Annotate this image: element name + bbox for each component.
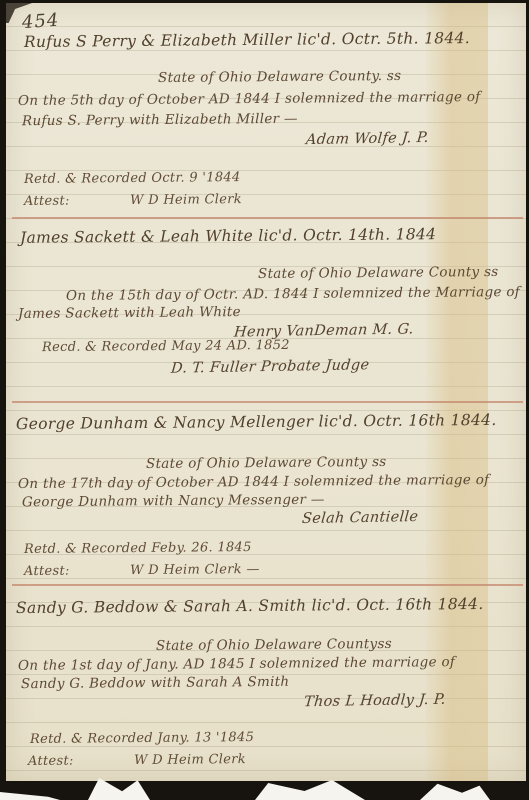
page-number: 454 — [21, 10, 60, 34]
record-2-recorded-line: Recd. & Recorded May 24 AD. 1852 — [42, 338, 290, 355]
record-3-solemnized-line: On the 17th day of October AD 1844 I sol… — [18, 472, 490, 492]
record-1-solemnized-line: On the 5th day of October AD 1844 I sole… — [18, 89, 481, 109]
record-3-attest-row: Attest: W D Heim Clerk — — [24, 562, 260, 579]
record-1-state-line: State of Ohio Delaware County. ss — [158, 68, 401, 86]
record-4-recorded-line: Retd. & Recorded Jany. 13 '1845 — [30, 730, 254, 747]
record-2-judge-signature: D. T. Fuller Probate Judge — [170, 357, 370, 376]
record-3-attest-label: Attest: — [24, 564, 70, 579]
record-4-state-line: State of Ohio Delaware Countyss — [156, 636, 392, 654]
record-4-officiant-signature: Thos L Hoadly J. P. — [303, 692, 446, 711]
record-3-header: George Dunham & Nancy Mellenger lic'd. O… — [16, 411, 497, 433]
record-4-attest-row: Attest: W D Heim Clerk — [28, 752, 246, 769]
record-2-state-line: State of Ohio Delaware County ss — [258, 264, 499, 282]
record-2-couple-line: James Sackett with Leah White — [18, 304, 241, 322]
record-4-header: Sandy G. Beddow & Sarah A. Smith lic'd. … — [16, 595, 484, 617]
record-separator-2 — [12, 401, 523, 403]
record-1-header: Rufus S Perry & Elizabeth Miller lic'd. … — [24, 29, 470, 51]
record-2-solemnized-line: On the 15th day of Octr. AD. 1844 I sole… — [66, 284, 520, 304]
record-3-recorded-line: Retd. & Recorded Feby. 26. 1845 — [24, 540, 252, 557]
record-1-clerk-signature: W D Heim Clerk — [130, 192, 242, 208]
record-4-clerk-signature: W D Heim Clerk — [134, 752, 246, 768]
ledger-photo: 454 Rufus S Perry & Elizabeth Miller lic… — [0, 0, 529, 800]
record-4-attest-label: Attest: — [28, 754, 74, 769]
record-separator-1 — [12, 217, 523, 219]
record-3-couple-line: George Dunham with Nancy Messenger — — [22, 492, 325, 511]
record-3-officiant-signature: Selah Cantielle — [301, 509, 419, 527]
record-1-attest-row: Attest: W D Heim Clerk — [24, 192, 242, 209]
record-4-couple-line: Sandy G. Beddow with Sarah A Smith — [21, 674, 290, 692]
record-3-clerk-signature: W D Heim Clerk — — [130, 562, 260, 578]
record-1-officiant-signature: Adam Wolfe J. P. — [305, 130, 429, 148]
record-1-recorded-line: Retd. & Recorded Octr. 9 '1844 — [24, 170, 241, 187]
record-1-attest-label: Attest: — [24, 194, 70, 209]
record-2-header: James Sackett & Leah White lic'd. Octr. … — [20, 225, 436, 247]
record-1-couple-line: Rufus S. Perry with Elizabeth Miller — — [22, 111, 298, 129]
record-3-state-line: State of Ohio Delaware County ss — [146, 454, 387, 472]
ledger-page: 454 Rufus S Perry & Elizabeth Miller lic… — [6, 3, 526, 781]
record-separator-3 — [12, 584, 523, 586]
record-4-solemnized-line: On the 1st day of Jany. AD 1845 I solemn… — [18, 654, 455, 674]
